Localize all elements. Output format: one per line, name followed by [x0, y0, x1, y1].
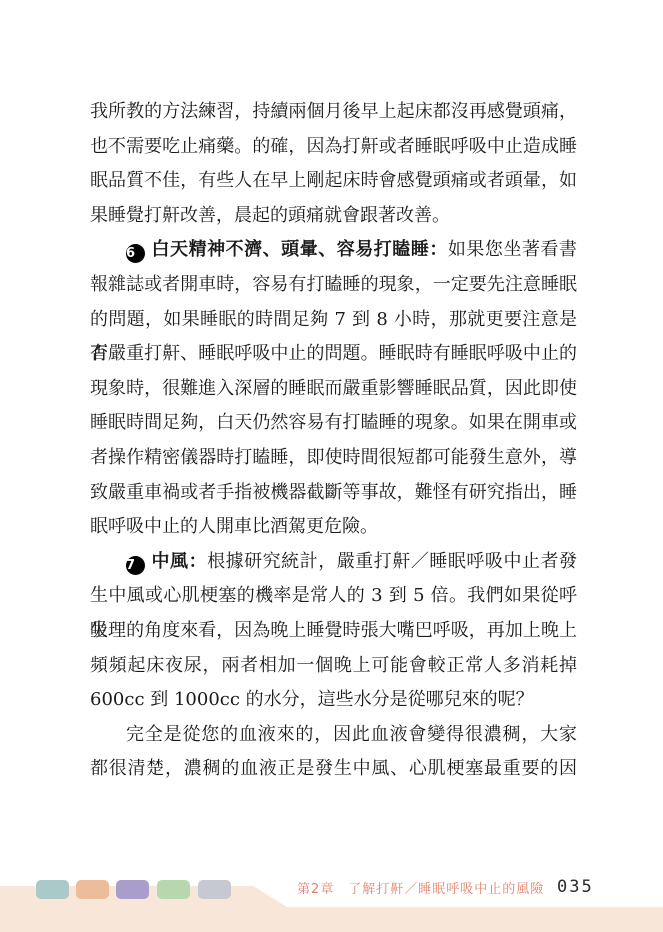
- body-text-segment: 都很清楚，濃稠的血液正是發生中風、心肌梗塞最重要的因: [90, 758, 577, 779]
- text-line: 頻頻起床夜尿，兩者相加一個晚上可能會較正常人多消耗掉: [90, 649, 577, 684]
- text-line: 報雜誌或者開車時，容易有打瞌睡的現象，一定要先注意睡眠: [90, 268, 577, 303]
- text-line: 我所教的方法練習，持續兩個月後早上起床都沒再感覺頭痛，: [90, 95, 577, 130]
- body-text-segment: 完全是從您的血液來的，因此血液會變得很濃稠，大家: [126, 724, 577, 745]
- body-text-segment: 根據研究統計，嚴重打鼾／睡眠呼吸中止者發: [207, 551, 577, 572]
- body-text-segment: 眠品質不佳，有些人在早上剛起床時會感覺頭痛或者頭暈，如: [90, 170, 577, 191]
- numbered-circle-badge: 7: [126, 556, 145, 575]
- text-line: 致嚴重車禍或者手指被機器截斷等事故，難怪有研究指出，睡: [90, 476, 577, 511]
- page-number: 035: [557, 877, 594, 897]
- body-text-segment: 生理的角度來看，因為晚上睡覺時張大嘴巴呼吸，再加上晚上: [90, 620, 577, 641]
- text-line: 生理的角度來看，因為晚上睡覺時張大嘴巴呼吸，再加上晚上: [90, 614, 577, 649]
- footer-tab-teal: [36, 880, 69, 899]
- chapter-label: 第2章: [297, 882, 334, 897]
- footer-tab-orange: [76, 880, 109, 899]
- body-text-segment: 者操作精密儀器時打瞌睡，即使時間很短都可能發生意外，導: [90, 447, 577, 468]
- text-line: 600cc 到 1000cc 的水分，這些水分是從哪兒來的呢？: [90, 683, 577, 718]
- text-line: 眠呼吸中止的人開車比酒駕更危險。: [90, 510, 577, 545]
- body-text-segment: 也不需要吃止痛藥。的確，因為打鼾或者睡眠呼吸中止造成睡: [90, 136, 577, 157]
- body-text-segment: 600cc 到 1000cc 的水分，這些水分是從哪兒來的呢？: [90, 689, 534, 710]
- footer-tab-gray: [198, 880, 231, 899]
- heading-text: 中風：: [151, 551, 207, 572]
- text-line: 者操作精密儀器時打瞌睡，即使時間很短都可能發生意外，導: [90, 441, 577, 476]
- body-text-segment: 果睡覺打鼾改善，晨起的頭痛就會跟著改善。: [90, 205, 450, 226]
- footer-tab-green: [157, 880, 190, 899]
- book-page: 我所教的方法練習，持續兩個月後早上起床都沒再感覺頭痛，也不需要吃止痛藥。的確，因…: [0, 0, 663, 932]
- text-line: 現象時，很難進入深層的睡眠而嚴重影響睡眠品質，因此即使: [90, 372, 577, 407]
- text-line: 都很清楚，濃稠的血液正是發生中風、心肌梗塞最重要的因: [90, 752, 577, 787]
- body-text-segment: 有嚴重打鼾、睡眠呼吸中止的問題。睡眠時有睡眠呼吸中止的: [90, 343, 577, 364]
- text-line: 睡眠時間足夠，白天仍然容易有打瞌睡的現象。如果在開車或: [90, 406, 577, 441]
- text-line: 果睡覺打鼾改善，晨起的頭痛就會跟著改善。: [90, 199, 577, 234]
- footer-tab-purple: [116, 880, 149, 899]
- numbered-circle-badge: 6: [126, 244, 145, 263]
- chapter-heading: 第2章了解打鼾／睡眠呼吸中止的風險: [297, 881, 544, 899]
- body-text-segment: 睡眠時間足夠，白天仍然容易有打瞌睡的現象。如果在開車或: [90, 412, 577, 433]
- body-text-segment: 致嚴重車禍或者手指被機器截斷等事故，難怪有研究指出，睡: [90, 482, 577, 503]
- heading-text: 白天精神不濟、頭暈、容易打瞌睡：: [151, 239, 448, 260]
- text-line: 也不需要吃止痛藥。的確，因為打鼾或者睡眠呼吸中止造成睡: [90, 130, 577, 165]
- body-text-segment: 報雜誌或者開車時，容易有打瞌睡的現象，一定要先注意睡眠: [90, 274, 577, 295]
- body-text-segment: 現象時，很難進入深層的睡眠而嚴重影響睡眠品質，因此即使: [90, 378, 577, 399]
- body-text-segment: 如果您坐著看書: [448, 239, 577, 260]
- text-line: 生中風或心肌梗塞的機率是常人的 3 到 5 倍。我們如果從呼吸: [90, 579, 577, 614]
- text-line: 眠品質不佳，有些人在早上剛起床時會感覺頭痛或者頭暈，如: [90, 164, 577, 199]
- chapter-title: 了解打鼾／睡眠呼吸中止的風險: [348, 882, 544, 897]
- text-line: 的問題，如果睡眠的時間足夠 7 到 8 小時，那就更要注意是否: [90, 303, 577, 338]
- text-line: 6白天精神不濟、頭暈、容易打瞌睡：如果您坐著看書: [90, 233, 577, 268]
- text-line: 完全是從您的血液來的，因此血液會變得很濃稠，大家: [90, 718, 577, 753]
- body-text: 我所教的方法練習，持續兩個月後早上起床都沒再感覺頭痛，也不需要吃止痛藥。的確，因…: [90, 95, 577, 787]
- body-text-segment: 頻頻起床夜尿，兩者相加一個晚上可能會較正常人多消耗掉: [90, 655, 577, 676]
- text-line: 有嚴重打鼾、睡眠呼吸中止的問題。睡眠時有睡眠呼吸中止的: [90, 337, 577, 372]
- text-line: 7中風：根據研究統計，嚴重打鼾／睡眠呼吸中止者發: [90, 545, 577, 580]
- body-text-segment: 眠呼吸中止的人開車比酒駕更危險。: [90, 516, 378, 537]
- body-text-segment: 我所教的方法練習，持續兩個月後早上起床都沒再感覺頭痛，: [90, 101, 577, 122]
